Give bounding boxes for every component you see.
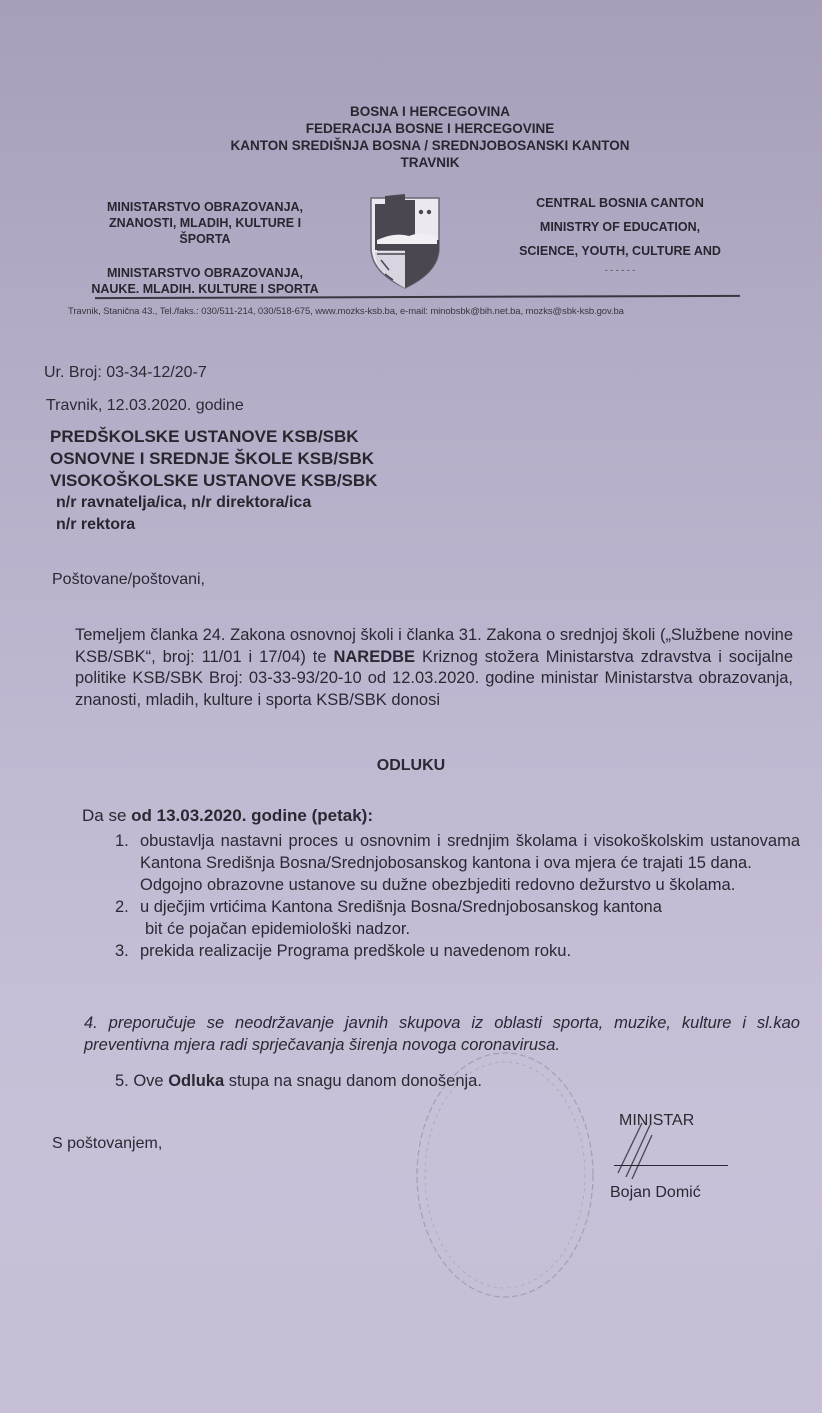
greeting: Poštovane/poštovani, [52,571,205,589]
letterhead-title: BOSNA I HERCEGOVINA FEDERACIJA BOSNE I H… [150,103,710,171]
intro-text: Da se [82,806,131,825]
decision-title: ODLUKU [0,757,822,775]
attention-line: n/r ravnatelja/ica, n/r direktora/ica [50,492,377,514]
ministry-line: CENTRAL BOSNIA CANTON [490,191,750,215]
item-main: obustavlja nastavni proces u osnovnim i … [140,832,800,872]
ministry-name-croatian: MINISTARSTVO OBRAZOVANJA, ZNANOSTI, MLAD… [70,199,340,247]
decision-item: 3. prekida realizacije Programa predškol… [115,940,800,962]
place-date: Travnik, 12.03.2020. godine [46,397,244,415]
decision-intro: Da se od 13.03.2020. godine (petak): [82,806,373,826]
ministry-line: MINISTRY OF EDUCATION, [490,215,750,239]
federation-line: FEDERACIJA BOSNE I HERCEGOVINE [150,120,710,137]
item-text: u dječjim vrtićima Kantona Središnja Bos… [140,896,800,940]
ministry-line: ŠPORTA [70,231,340,247]
closing-salutation: S poštovanjem, [52,1135,162,1153]
canton-line: KANTON SREDIŠNJA BOSNA / SREDNJOBOSANSKI… [150,137,710,154]
decision-item: 1. obustavlja nastavni proces u osnovnim… [115,830,800,896]
signatory-name: Bojan Domić [610,1184,701,1202]
item-number: 5. [115,1072,129,1090]
recipient-line: PREDŠKOLSKE USTANOVE KSB/SBK [50,426,377,448]
city-line: TRAVNIK [150,154,710,171]
ministry-name-english: CENTRAL BOSNIA CANTON MINISTRY OF EDUCAT… [490,191,750,277]
cut-off-line: - - - - - - [490,263,750,277]
item-extra: Odgojno obrazovne ustanove su dužne obez… [140,876,735,894]
item-main: u dječjim vrtićima Kantona Središnja Bos… [140,898,662,916]
reference-number: Ur. Broj: 03-34-12/20-7 [44,364,207,382]
attention-line: n/r rektora [50,514,377,536]
signature-line [614,1165,728,1166]
official-stamp-icon [410,1035,600,1305]
decision-items: 1. obustavlja nastavni proces u osnovnim… [115,830,800,962]
legal-basis-paragraph: Temeljem članka 24. Zakona osnovnoj škol… [75,625,793,711]
item-number: 3. [115,940,140,962]
item-number: 1. [115,830,140,896]
item-number: 2. [115,896,140,940]
item-extra: bit će pojačan epidemiološki nadzor. [140,920,410,938]
country-line: BOSNA I HERCEGOVINA [150,103,710,120]
item-text: Ove [129,1072,168,1090]
recipient-line: OSNOVNE I SREDNJE ŠKOLE KSB/SBK [50,448,377,470]
ministry-line: MINISTARSTVO OBRAZOVANJA, [70,265,340,281]
recipients: PREDŠKOLSKE USTANOVE KSB/SBK OSNOVNE I S… [50,426,377,536]
body-emphasis: NAREDBE [333,648,415,666]
ministry-line: NAUKE. MLADIH. KULTURE I SPORTA [70,281,340,297]
recipient-line: VISOKOŠKOLSKE USTANOVE KSB/SBK [50,470,377,492]
ministry-name-bosnian: MINISTARSTVO OBRAZOVANJA, NAUKE. MLADIH.… [70,265,340,297]
item-text: obustavlja nastavni proces u osnovnim i … [140,830,800,896]
contact-info: Travnik, Stanična 43., Tel./faks.: 030/5… [68,306,624,317]
coat-of-arms-shield-icon [365,190,445,290]
handwritten-signature-icon [612,1115,672,1185]
decision-item: 2. u dječjim vrtićima Kantona Središnja … [115,896,800,940]
ministry-line: SCIENCE, YOUTH, CULTURE AND [490,239,750,263]
intro-date: od 13.03.2020. godine (petak): [131,806,373,825]
ministry-line: ZNANOSTI, MLADIH, KULTURE I [70,215,340,231]
document-page: BOSNA I HERCEGOVINA FEDERACIJA BOSNE I H… [0,0,822,1413]
ministry-line: MINISTARSTVO OBRAZOVANJA, [70,199,340,215]
item-text: prekida realizacije Programa predškole u… [140,940,800,962]
item-emphasis: Odluka [168,1072,224,1090]
